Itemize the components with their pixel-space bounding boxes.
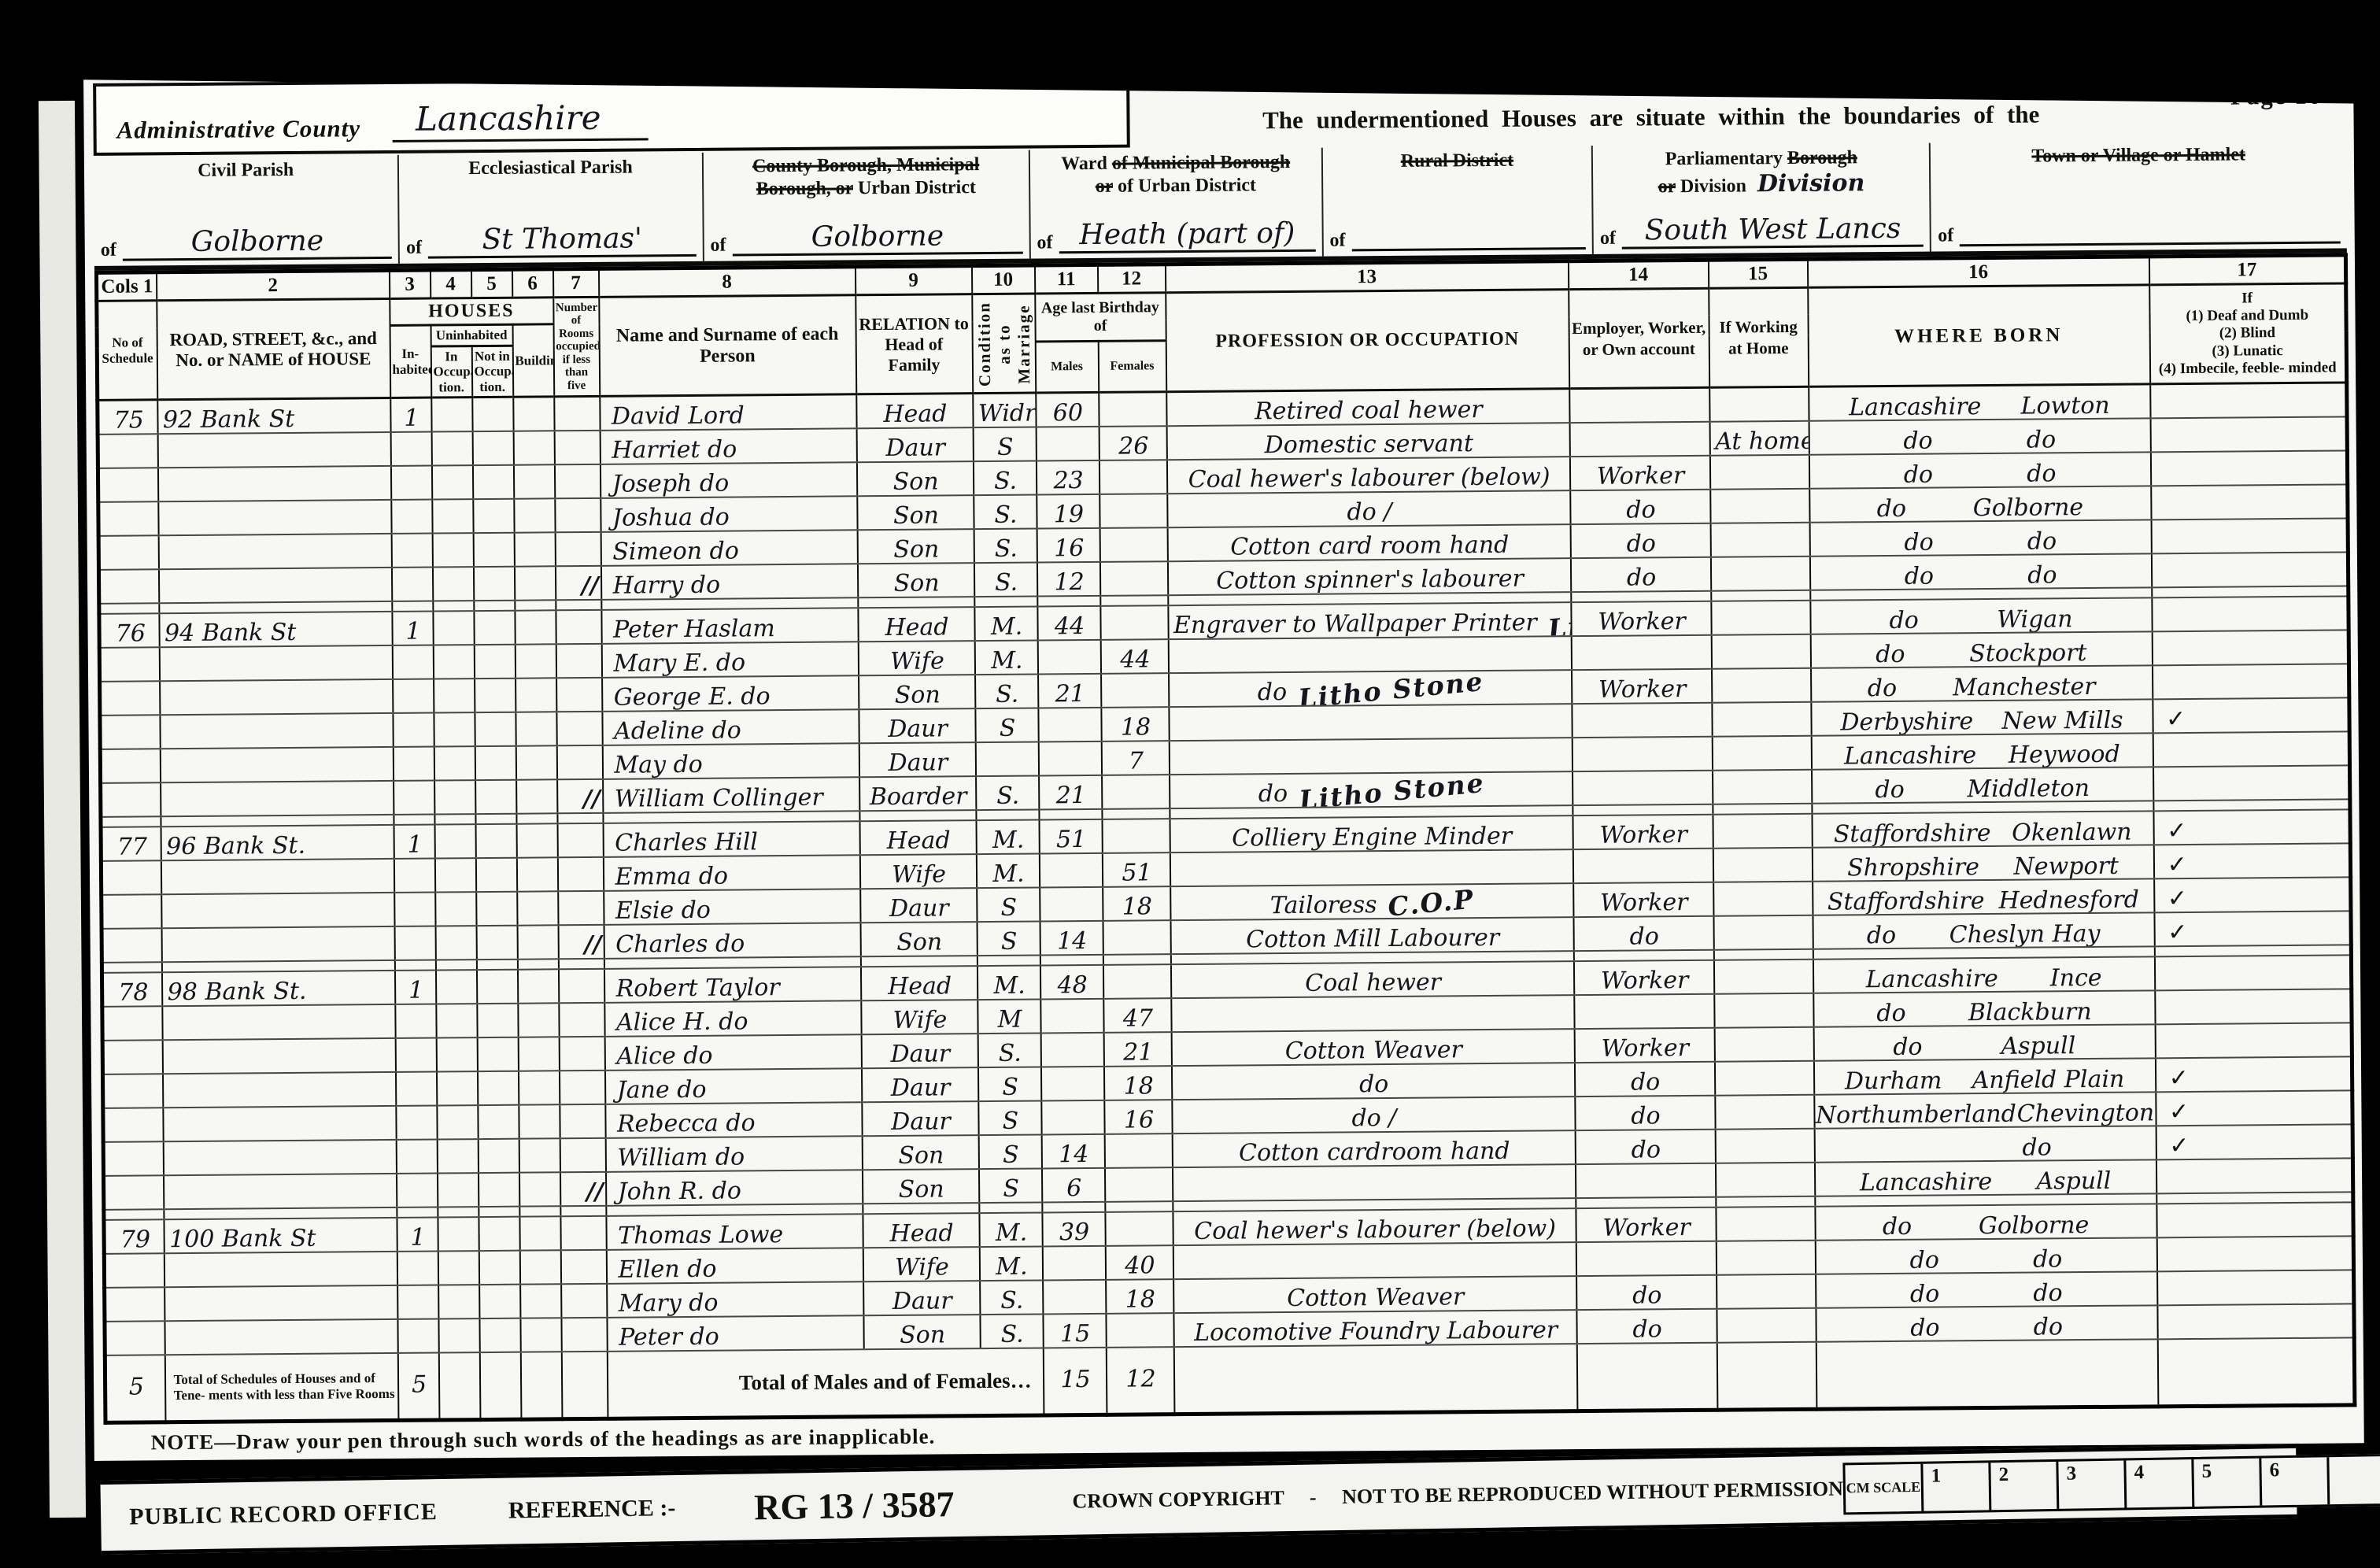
cell-emp <box>1574 993 1714 1028</box>
cell-inh <box>390 431 431 465</box>
gap-cell <box>558 959 604 969</box>
cell-cond <box>975 741 1038 776</box>
gap-cell <box>1040 955 1103 966</box>
cell-home <box>1712 701 1811 736</box>
cell-born: doAspull <box>1813 1024 2155 1060</box>
field-urban-district: County Borough, Municipal Borough, or Ur… <box>702 150 1029 261</box>
cell-m: 16 <box>1037 528 1099 563</box>
cell-bld <box>516 823 557 857</box>
col-num: 12 <box>1097 264 1165 294</box>
col-num: 3 <box>389 270 430 298</box>
cell-addr: 96 Bank St. <box>161 825 394 860</box>
cell-cond: S <box>978 1134 1041 1169</box>
cell-addr <box>160 747 393 782</box>
cell-f <box>1099 561 1167 596</box>
header-rooms: Number of Rooms occupied if less than fi… <box>553 297 600 397</box>
cell-name: David Lord <box>600 394 856 431</box>
born-part: Golborne <box>1973 496 2084 520</box>
cell-f: 18 <box>1106 1279 1173 1314</box>
cell-name: Mary do <box>607 1281 863 1318</box>
cell-m <box>1036 427 1099 461</box>
occupation-text: Tailoress <box>1270 891 1377 919</box>
cell-home <box>1717 1307 1816 1342</box>
occupation-text: Cotton cardroom hand <box>1239 1137 1510 1167</box>
born-part: do <box>1910 1316 1940 1340</box>
cell-m <box>1043 1280 1106 1315</box>
born-part: Hednesford <box>1998 888 2139 912</box>
cell-cond: S. <box>973 460 1036 495</box>
gap-cell <box>101 816 161 827</box>
scale-tick: 5 <box>2191 1459 2260 1507</box>
cell-m: 12 <box>1037 562 1099 597</box>
cell-addr <box>158 500 391 535</box>
cell-f <box>1099 494 1167 528</box>
gap-cell <box>860 956 977 967</box>
cell-emp: do <box>1570 557 1710 591</box>
cell-notocc <box>476 969 517 1003</box>
cell-f <box>1102 775 1170 809</box>
cell-m: 6 <box>1041 1168 1104 1203</box>
born-part: do <box>1905 564 1935 588</box>
rural-district-value <box>1352 247 1586 251</box>
empty-cell <box>1816 1339 2158 1409</box>
cell-inocc <box>436 1037 477 1071</box>
occupation-scribble: Litho Stone <box>1298 771 1486 808</box>
totals-schedules: 5 <box>105 1355 165 1423</box>
col-num: 4 <box>430 270 471 298</box>
cell-rel: Son <box>860 922 977 956</box>
gap-cell <box>433 601 474 611</box>
gap-cell <box>476 959 517 969</box>
cell-inf <box>2155 989 2352 1024</box>
cell-emp: do <box>1574 1061 1714 1096</box>
cell-mark <box>560 1138 605 1172</box>
gap-cell <box>435 960 476 970</box>
header-working-at-home: If Working at Home <box>1709 287 1809 387</box>
gap-cell <box>863 1203 979 1214</box>
gap-cell <box>1037 596 1100 607</box>
cell-m <box>1040 887 1103 922</box>
of-word: of <box>710 235 726 257</box>
cell-sched <box>100 681 160 716</box>
cell-mark <box>555 498 601 532</box>
cell-mark: // <box>555 566 601 600</box>
cell-bld <box>513 464 554 498</box>
header-uninhabited: Uninhabited <box>431 324 512 346</box>
cell-inocc <box>437 1173 478 1207</box>
cell-sched <box>98 468 157 502</box>
gap-cell <box>519 1206 560 1216</box>
cell-notocc <box>476 925 517 959</box>
born-part: do <box>2027 564 2057 587</box>
cell-rel: Son <box>862 1135 978 1170</box>
cell-inf <box>2156 1202 2353 1237</box>
cell-m: 23 <box>1036 460 1099 495</box>
totals-females: 12 <box>1106 1347 1174 1415</box>
cell-home <box>1715 1128 1814 1163</box>
born-part: do <box>1875 778 1905 802</box>
struck-text: Town or Village or Hamlet <box>2031 144 2245 166</box>
born-part: Aspull <box>2001 1034 2075 1059</box>
cell-emp: Worker <box>1569 455 1709 490</box>
cell-notocc <box>478 1138 519 1172</box>
no-reproduction-notice: NOT TO BE REPRODUCED WITHOUT PERMISSION <box>1342 1477 1843 1508</box>
occupation-text: Cotton Weaver <box>1287 1283 1464 1312</box>
cell-f <box>1104 1167 1172 1202</box>
cell-occ: Coal hewer's labourer (below) <box>1166 457 1569 494</box>
born-part: Staffordshire <box>1828 889 1985 915</box>
cell-name: William do <box>605 1136 862 1172</box>
cell-emp: Worker <box>1574 1027 1714 1062</box>
cell-inh <box>391 499 432 533</box>
scale-tick: 2 <box>1988 1462 2057 1510</box>
header-houses: HOUSES <box>390 298 553 326</box>
cell-bld <box>514 566 555 600</box>
cell-addr <box>161 893 394 928</box>
infirmity-item: (1) Deaf and Dumb <box>2152 306 2343 325</box>
cell-bld <box>520 1284 561 1318</box>
cell-rel: Daur <box>861 1067 978 1102</box>
cell-rel: Head <box>856 394 973 428</box>
gap-cell <box>1711 590 1810 601</box>
cell-mark <box>559 1003 604 1037</box>
born-part: Golborne <box>1979 1214 2090 1238</box>
condition-vertical-label: Condition as to Marriage <box>974 297 1034 390</box>
infirmity-item: (2) Blind <box>2152 324 2343 343</box>
cell-inh <box>394 858 434 892</box>
crown-copyright: CROWN COPYRIGHT <box>1072 1486 1284 1512</box>
cell-mark <box>561 1284 607 1318</box>
empty-cell <box>2157 1337 2355 1407</box>
infirmity-title: If <box>2152 289 2343 308</box>
cell-occ <box>1169 738 1572 775</box>
born-part: Lancashire <box>1849 395 1981 420</box>
cell-name: Charles do <box>604 923 860 959</box>
cell-occ <box>1169 704 1572 741</box>
infirmity-item: (4) Imbecile, feeble- minded <box>2152 360 2343 379</box>
rural-district-label: Rural District <box>1329 149 1586 174</box>
census-table: Cols 1 2 3 4 5 6 7 8 9 10 11 12 13 14 <box>94 253 2356 1425</box>
occupation-text: do <box>1258 679 1288 706</box>
cell-notocc <box>478 1104 519 1138</box>
cell-sched <box>102 1040 162 1074</box>
cell-emp <box>1572 736 1712 771</box>
cell-occ <box>1170 849 1572 886</box>
cell-f: 21 <box>1103 1032 1171 1067</box>
empty-cell <box>520 1352 562 1419</box>
cell-mark <box>554 464 600 498</box>
occupation-text: Locomotive Foundry Labourer <box>1194 1316 1558 1347</box>
gap-cell <box>1100 595 1168 606</box>
cell-bld <box>516 678 556 712</box>
born-part: Anfield Plain <box>1972 1067 2125 1093</box>
cell-rel: Wife <box>863 1247 979 1281</box>
born-part: Aspull <box>2036 1169 2111 1193</box>
gap-cell <box>1102 808 1170 819</box>
cell-mark <box>556 678 602 712</box>
record-office-strip: PUBLIC RECORD OFFICE REFERENCE :- RG 13 … <box>100 1444 2297 1555</box>
born-part: do <box>1893 1035 1923 1059</box>
struck-text: Borough <box>1787 147 1857 168</box>
cell-name: Harriet do <box>600 428 856 464</box>
empty-cell <box>479 1352 521 1419</box>
cell-bld <box>519 1104 560 1138</box>
header-males: Males <box>1035 341 1099 393</box>
cell-inocc <box>437 1105 478 1139</box>
cell-sched <box>103 1141 163 1176</box>
cell-occ <box>1173 1242 1576 1279</box>
cell-bld <box>515 610 556 644</box>
cell-occ: do <box>1171 1063 1574 1100</box>
cell-notocc <box>475 823 516 857</box>
col-num: 8 <box>598 267 855 298</box>
cell-inh: 1 <box>397 1217 438 1251</box>
cell-name: Emma do <box>603 855 859 891</box>
occupation-text: Retired coal hewer <box>1255 396 1483 425</box>
cell-cond: M. <box>974 640 1037 675</box>
cell-mark <box>554 431 600 464</box>
cell-mark <box>558 969 604 1003</box>
cell-name: Peter Haslam <box>601 608 858 644</box>
cell-f: 18 <box>1101 707 1169 741</box>
cell-f <box>1103 964 1170 999</box>
cell-born: doMiddleton <box>1812 767 2153 803</box>
cell-born: doGolborne <box>1809 486 2151 522</box>
header-profession: PROFESSION OR OCCUPATION <box>1166 290 1569 392</box>
cell-mark <box>555 532 601 566</box>
cell-notocc <box>473 498 514 532</box>
cell-occ: Domestic servant <box>1166 423 1569 460</box>
cell-inf: ✓ <box>2153 697 2349 733</box>
cell-name: Ellen do <box>606 1248 863 1284</box>
field-town-village: Town or Village or Hamlet of <box>1929 139 2347 251</box>
cell-addr <box>161 926 394 962</box>
cell-f <box>1105 1211 1173 1246</box>
cell-mark <box>554 397 600 431</box>
gap-cell <box>1105 1201 1173 1212</box>
public-record-office-label: PUBLIC RECORD OFFICE <box>129 1499 438 1530</box>
cell-sched <box>105 1287 164 1322</box>
cell-inf: ✓ <box>2156 1090 2352 1126</box>
gap-cell <box>859 810 976 821</box>
cell-mark: // <box>558 925 604 959</box>
cell-cond: M. <box>974 606 1037 641</box>
cell-addr: 92 Bank St <box>157 398 390 434</box>
empty-cell <box>438 1352 480 1420</box>
cell-rel: Head <box>859 820 976 855</box>
cell-rel: Wife <box>858 641 974 675</box>
cell-emp: do <box>1570 523 1710 557</box>
cell-m <box>1039 853 1102 888</box>
cell-mark <box>557 823 603 857</box>
cell-bld <box>516 857 557 891</box>
ward-value: Heath (part of) <box>1059 217 1315 254</box>
cell-home <box>1710 522 1809 557</box>
cell-inh <box>394 780 434 814</box>
cell-rel: Daur <box>863 1281 980 1315</box>
cell-inocc <box>432 533 473 567</box>
cell-addr <box>164 1319 397 1355</box>
gap-cell <box>1103 954 1170 965</box>
cell-notocc <box>472 397 513 431</box>
cell-rel: Daur <box>859 708 975 743</box>
born-part: Lancashire <box>1844 744 1976 768</box>
struck-text: or <box>1096 176 1113 197</box>
cell-inh <box>397 1285 438 1318</box>
of-word: of <box>1037 232 1052 253</box>
cell-cond: S. <box>980 1314 1043 1348</box>
cell-emp: do <box>1570 489 1710 523</box>
totals-males-females-label: Total of Males and of Females… <box>607 1348 1044 1418</box>
cell-occ: Retired coal hewer <box>1166 389 1569 426</box>
cell-notocc <box>473 532 514 566</box>
born-part: Durham <box>1845 1069 1942 1093</box>
census-scan-page: Administrative County Lancashire The und… <box>0 0 2380 1568</box>
cell-addr <box>164 1174 397 1209</box>
cell-home <box>1711 634 1810 668</box>
cell-mark <box>556 644 601 678</box>
cell-notocc <box>479 1216 519 1250</box>
cell-inf: ✓ <box>2154 911 2351 946</box>
cell-inh <box>396 1105 437 1139</box>
cell-occ: Engraver to Wallpaper PrinterLitho Stone <box>1168 602 1571 639</box>
cell-addr <box>158 534 391 569</box>
occupation-scribble: C.O.P <box>1387 886 1476 919</box>
born-part: Stockport <box>1969 642 2087 666</box>
occupation-text: do / <box>1351 1104 1396 1132</box>
cell-inocc <box>431 431 472 465</box>
header-where-born: WHERE BORN <box>1808 285 2150 387</box>
cell-inocc <box>434 712 475 746</box>
cell-inf <box>2157 1304 2354 1339</box>
cell-home <box>1709 386 1809 421</box>
cell-notocc <box>479 1250 519 1284</box>
cell-bld <box>516 712 556 745</box>
cell-notocc <box>475 678 516 712</box>
cell-sched <box>98 535 158 570</box>
plain-text: of Urban District <box>1118 176 1256 197</box>
cell-born: do <box>1814 1126 2156 1162</box>
cell-inf: ✓ <box>2156 1124 2352 1159</box>
cell-f: 7 <box>1101 741 1169 775</box>
header-females: Females <box>1098 340 1166 392</box>
cell-home <box>1713 769 1812 804</box>
born-part: New Mills <box>2001 708 2123 733</box>
born-part: do <box>1904 531 1934 554</box>
cell-addr <box>162 1072 395 1108</box>
cell-sched <box>102 928 161 963</box>
reference-number: RG 13 / 3587 <box>754 1483 955 1528</box>
gap-cell <box>434 814 475 824</box>
gap-cell <box>1713 803 1812 814</box>
cell-home <box>1710 556 1809 590</box>
born-part: do <box>1889 608 1919 632</box>
cell-m: 39 <box>1042 1212 1105 1247</box>
col-num: 9 <box>855 266 971 295</box>
admin-county-label: Administrative County <box>116 114 360 144</box>
cell-occ: Cotton spinner's labourer <box>1167 558 1570 595</box>
cell-rel: Son <box>856 461 973 496</box>
born-part: do <box>1904 463 1934 486</box>
cell-born: dodo <box>1809 452 2150 488</box>
cell-cond: S. <box>978 1033 1040 1067</box>
gap-cell <box>479 1206 519 1216</box>
parliamentary-hand-note: Division <box>1757 169 1865 198</box>
cell-addr <box>159 645 392 681</box>
gap-cell <box>517 959 558 969</box>
cell-emp <box>1572 702 1712 737</box>
gap-cell <box>394 960 435 970</box>
cell-f <box>1099 460 1166 494</box>
cell-notocc <box>474 644 515 678</box>
cell-inh <box>395 1071 436 1105</box>
cell-home <box>1713 847 1812 882</box>
cell-inocc <box>432 567 473 601</box>
header-in-occupation: In Occupa- tion. <box>431 346 472 398</box>
cell-name: John R. do <box>605 1170 862 1206</box>
cell-name: Elsie do <box>604 889 860 925</box>
born-part: do <box>1883 1215 1913 1238</box>
cell-m: 48 <box>1040 965 1103 1000</box>
cell-inocc <box>435 892 476 926</box>
struck-text: or <box>1658 176 1676 197</box>
cell-m <box>1042 1246 1105 1281</box>
cell-born: LancashireLowton <box>1809 384 2150 420</box>
col-num: 2 <box>156 270 389 300</box>
cell-inf: ✓ <box>2153 843 2350 878</box>
eccl-parish-value: St Thomas' <box>428 222 697 259</box>
cell-m: 51 <box>1039 819 1102 854</box>
cell-inh <box>391 567 432 601</box>
cell-inh <box>395 1004 436 1037</box>
occupation-text: Domestic servant <box>1264 430 1473 459</box>
cell-inh: 1 <box>394 970 435 1004</box>
gap-cell <box>1713 949 1813 960</box>
cell-home <box>1715 1094 1814 1129</box>
cell-f: 47 <box>1103 998 1171 1033</box>
cell-emp: do <box>1575 1129 1715 1163</box>
header-age: Age last Birthday of <box>1035 293 1166 342</box>
cell-occ: do / <box>1167 490 1570 527</box>
cell-mark <box>560 1216 606 1250</box>
cell-f: 18 <box>1103 886 1170 921</box>
cell-name: Alice do <box>604 1034 861 1071</box>
gap-cell <box>560 1206 606 1216</box>
cell-m: 14 <box>1040 921 1103 956</box>
cell-m <box>1040 999 1103 1034</box>
cell-m <box>1037 640 1100 675</box>
cell-cond: M. <box>979 1212 1042 1247</box>
occupation-text: Coal hewer's labourer (below) <box>1194 1215 1556 1245</box>
cell-name: May do <box>602 743 859 779</box>
col-num: 11 <box>1034 264 1097 294</box>
cell-f: 44 <box>1100 639 1168 674</box>
cell-cond: M. <box>976 853 1039 888</box>
cell-inf <box>2151 552 2348 587</box>
cell-born: doWigan <box>1810 597 2152 634</box>
district-fields-row: Civil Parish ofGolborne Ecclesiastical P… <box>94 139 2347 270</box>
header-relation: RELATION to Head of Family <box>856 294 973 394</box>
civil-parish-label: Civil Parish <box>100 158 392 183</box>
cell-name: Joseph do <box>600 462 856 498</box>
civil-parish-value: Golborne <box>123 224 393 261</box>
cell-occ: doLitho Stone <box>1170 771 1572 808</box>
cell-sched <box>101 860 161 895</box>
cell-inocc <box>435 970 476 1004</box>
cell-cond: S <box>975 708 1038 742</box>
cell-m <box>1040 1067 1103 1101</box>
census-sheet: Administrative County Lancashire The und… <box>83 54 2364 1461</box>
